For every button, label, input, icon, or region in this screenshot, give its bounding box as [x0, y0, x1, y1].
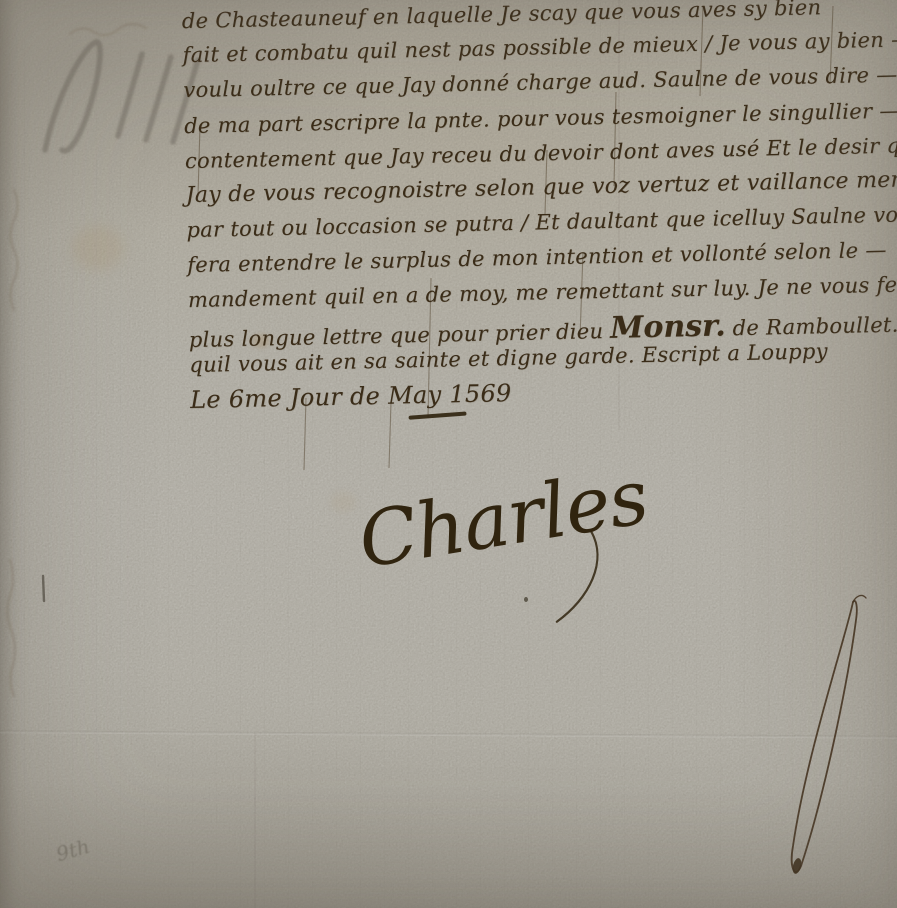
manuscript-photo: de Chasteauneuf en laquelle Je scay que …	[0, 0, 897, 908]
line-10-text-end: de Ramboullet.	[725, 313, 897, 341]
letter-line-4: de ma part escripre la pnte. pour vous t…	[184, 98, 897, 138]
letter-line-5: contentement que Jay receu du devoir don…	[185, 132, 897, 173]
letter-line-7: par tout ou loccasion se putra / Et daul…	[186, 201, 897, 242]
signature-block: Charles	[345, 432, 675, 647]
date-underline-stroke	[408, 412, 466, 420]
letter-line-8: fera entendre le surplus de mon intentio…	[187, 238, 887, 277]
signature-text: Charles	[353, 452, 653, 585]
letter-line-6: Jay de vous recognoistre selon que voz v…	[185, 166, 897, 208]
recipient-address: Monsr.	[610, 308, 726, 346]
letter-line-3: voulu oultre ce que Jay donné charge aud…	[183, 62, 897, 102]
vertical-fold-crease-bottom	[254, 733, 256, 908]
letter-date-line: Le 6me Jour de May 1569	[190, 379, 512, 414]
letter-line-2: fait et combatu quil nest pas possible d…	[182, 27, 897, 67]
letter-text-block: de Chasteauneuf en laquelle Je scay que …	[0, 0, 897, 444]
letter-line-1: de Chasteauneuf en laquelle Je scay que …	[182, 0, 822, 33]
